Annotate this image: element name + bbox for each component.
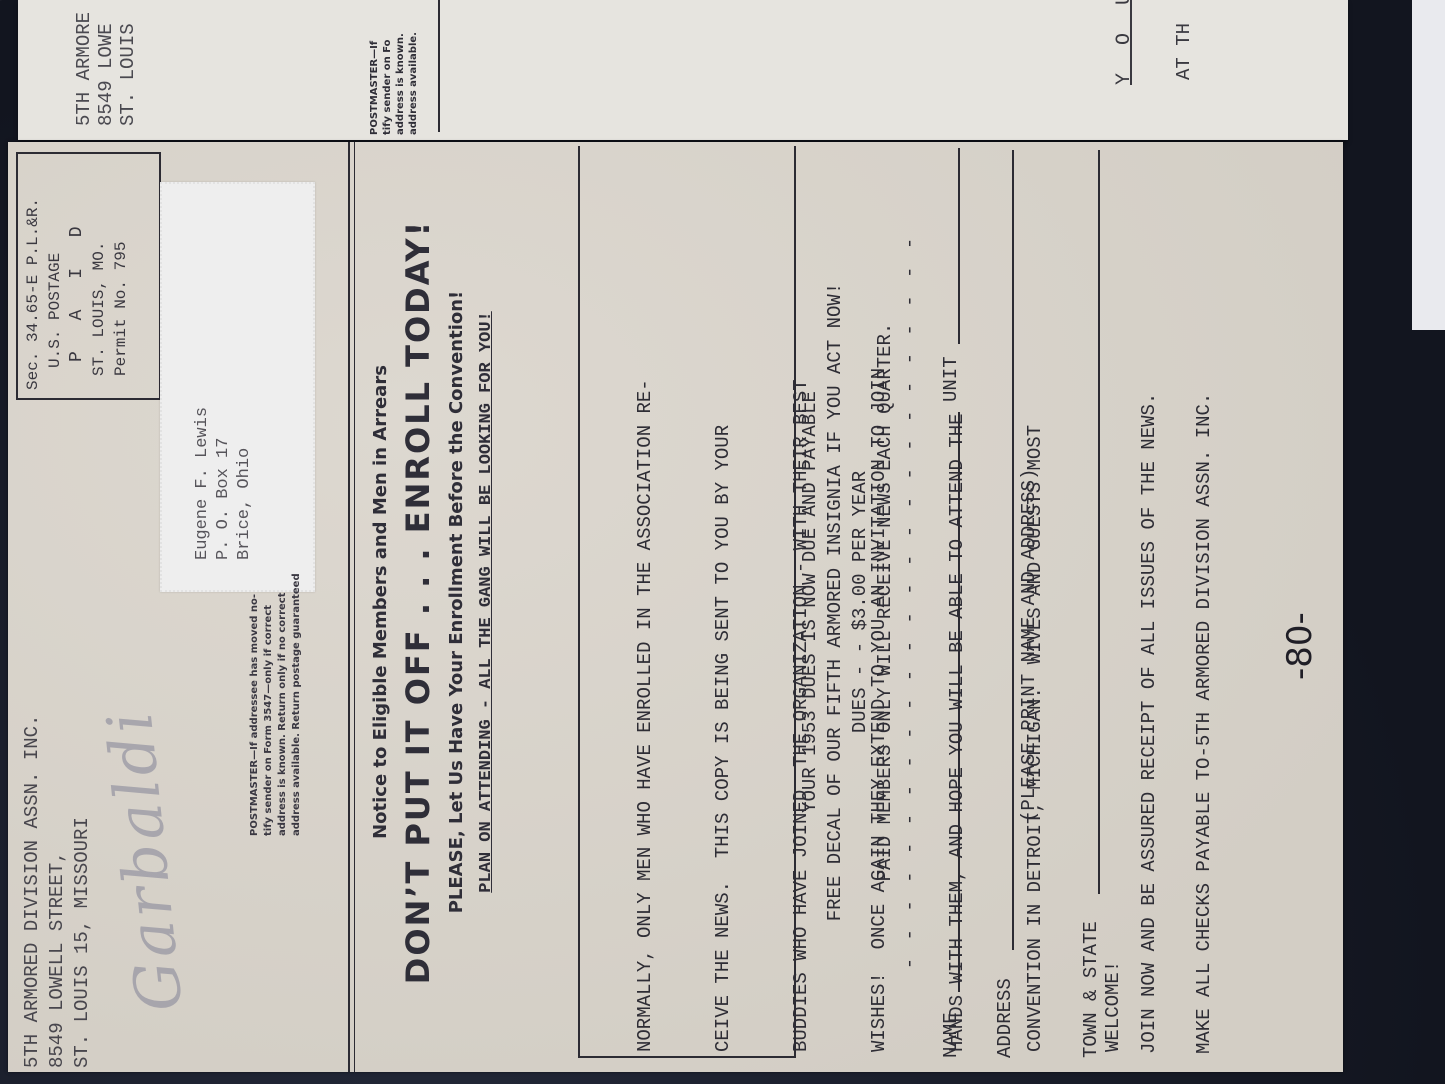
notice-line-1: Notice to Eligible Members and Men in Ar… (368, 192, 394, 1012)
indicia-line: ST. LOUIS, MO. (88, 162, 110, 390)
name-label: NAME (940, 1012, 962, 1058)
footer-line-2: MAKE ALL CHECKS PAYABLE TO-5TH ARMORED D… (1193, 393, 1215, 1054)
indicia-line: U.S. POSTAGE (44, 162, 66, 390)
postmaster-note: POSTMASTER—If addressee has moved no- ti… (248, 476, 304, 836)
mailer-page-rotated: 5TH ARMORED DIVISION ASSN. INC. 8549 LOW… (8, 0, 938, 1072)
return-address-line: 5TH ARMORED DIVISION ASSN. INC. (20, 715, 45, 1068)
address-input-line[interactable] (992, 150, 1014, 950)
dashed-cut-line: - - - - - - - - - - - - - - - - - - - - … (898, 142, 923, 1062)
postage-indicia: Sec. 34.65-E P.L.&R. U.S. POSTAGE P A I … (16, 152, 161, 400)
page-number: -80- (1280, 612, 1320, 680)
dues-line: YOUR 1953 DUES IS NOW DUE AND PAYABLE (798, 142, 823, 1062)
dues-section: YOUR 1953 DUES IS NOW DUE AND PAYABLE FR… (798, 142, 923, 1062)
previous-header: Y O U (1113, 0, 1143, 85)
section-divider (348, 142, 355, 1072)
previous-subheader: AT TH (1173, 0, 1203, 80)
note-line: POSTMASTER—If addressee has moved no- (248, 476, 262, 836)
address-hint: (PLEASE PRINT NAME AND ADDRESS) (1018, 469, 1040, 822)
handwritten-signature: Garbaldi (92, 705, 196, 1015)
notice-headline: DON’T PUT IT OFF . . . ENROLL TODAY! (394, 192, 442, 1012)
return-address-line: ST. LOUIS 15, MISSOURI (70, 715, 95, 1068)
address-label: ADDRESS (994, 978, 1016, 1058)
unit-input-line[interactable] (938, 148, 960, 344)
note-line: tify sender on Form 3547—only if correct (262, 476, 276, 836)
recipient-name: Eugene F. Lewis (192, 184, 213, 560)
indicia-permit: Permit No. 795 (110, 162, 132, 390)
adjacent-sheet (1412, 0, 1445, 330)
return-address: 5TH ARMORED DIVISION ASSN. INC. 8549 LOW… (20, 715, 95, 1068)
footer-line-1: JOIN NOW AND BE ASSURED RECEIPT OF ALL I… (1138, 393, 1160, 1054)
name-input-line[interactable] (938, 412, 960, 992)
town-state-input-line[interactable] (1078, 150, 1100, 894)
return-address-line: 8549 LOWELL STREET, (45, 715, 70, 1068)
town-state-label: TOWN & STATE (1080, 921, 1102, 1058)
indicia-paid: P A I D (66, 162, 88, 390)
note-line: address is known. Return only if no corr… (276, 476, 290, 836)
message-line: NORMALLY, ONLY MEN WHO HAVE ENROLLED IN … (632, 162, 658, 1052)
unit-label: UNIT (940, 356, 962, 402)
notice-line-3: PLEASE, Let Us Have Your Enrollment Befo… (442, 192, 472, 1012)
notice-heading: Notice to Eligible Members and Men in Ar… (368, 192, 502, 1012)
message-line: WELCOME! (1100, 162, 1126, 1052)
note-line: address available. Return postage guaran… (290, 476, 304, 836)
notice-line-4: PLAN ON ATTENDING - ALL THE GANG WILL BE… (472, 192, 502, 1012)
dues-line: PAID MEMBERS ONLY WILL RECEIVE NEWS EACH… (873, 142, 898, 1062)
dues-amount: DUES - - $3.00 PER YEAR (848, 142, 873, 1062)
mailer-page: 5TH ARMORED DIVISION ASSN. INC. 8549 LOW… (8, 142, 1343, 1072)
message-line: CEIVE THE NEWS. THIS COPY IS BEING SENT … (710, 162, 736, 1052)
indicia-line: Sec. 34.65-E P.L.&R. (22, 162, 44, 390)
dues-line: FREE DECAL OF OUR FIFTH ARMORED INSIGNIA… (823, 142, 848, 1062)
recipient-po-box: P. O. Box 17 (213, 184, 234, 560)
